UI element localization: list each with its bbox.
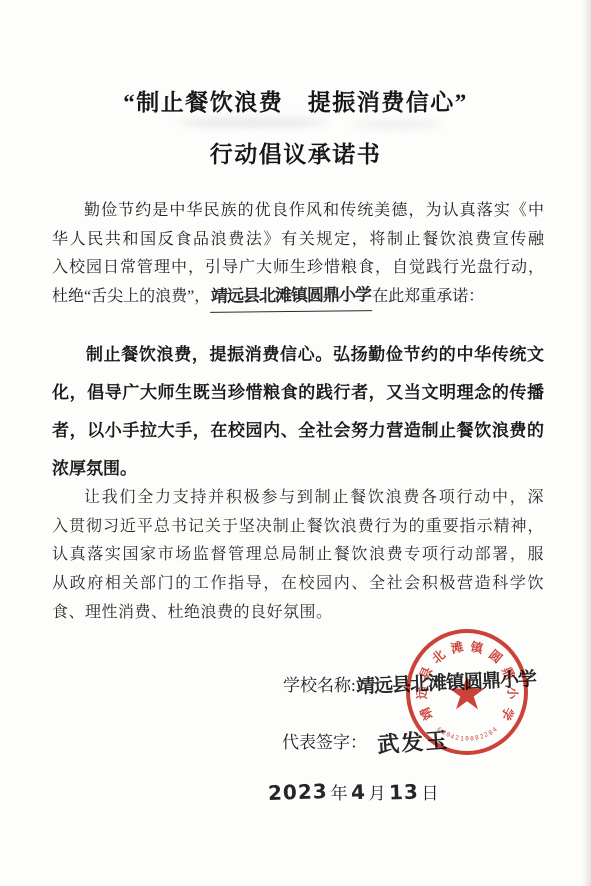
- paragraph-1-line-4: 杜绝“舌尖上的浪费”，靖远县北滩镇圆鼎小学在此郑重承诺：: [52, 283, 544, 312]
- paragraph-2-lines: 制止餐饮浪费，提振消费信心。弘扬勤俭节约的中华传统文化，倡导广大师生既当珍惜粮食…: [52, 336, 544, 488]
- scan-smudge: [352, 120, 442, 129]
- paragraph-1: 勤俭节约是中华民族的优良作风和传统美德，为认真落实《中华人民共和国反食品浪费法》…: [52, 197, 544, 311]
- text-line: 认真落实国家市场监督管理总局制止餐饮浪费专项行动部署，服: [52, 541, 544, 570]
- date-month-unit: 月: [369, 784, 386, 803]
- seal-star-icon: ★: [446, 670, 487, 716]
- text-line: 入贯彻习近平总书记关于坚决制止餐饮浪费行为的重要指示精神，: [52, 513, 544, 542]
- text-line: 让我们全力支持并积极参与到制止餐饮浪费各项行动中，深: [52, 484, 544, 513]
- date-month-handwritten: 4: [350, 780, 366, 805]
- text-line: 华人民共和国反食品浪费法》有关规定，将制止餐饮浪费宣传融: [52, 226, 544, 255]
- date-line: 2023年4月13日: [268, 779, 441, 804]
- document-page: “制止餐饮浪费 提振消费信心” 行动倡议承诺书 勤俭节约是中华民族的优良作风和传…: [0, 0, 591, 886]
- date-day-handwritten: 13: [388, 779, 419, 804]
- scan-smudge: [178, 117, 328, 128]
- date-year-handwritten: 2023: [268, 779, 328, 805]
- paragraph-1-lines: 勤俭节约是中华民族的优良作风和传统美德，为认真落实《中华人民共和国反食品浪费法》…: [52, 197, 544, 283]
- line4-printed-pre: 杜绝“舌尖上的浪费”，: [52, 283, 210, 312]
- seal-number-digit: 1: [460, 735, 464, 742]
- school-name-handwritten-inline: 靖远县北滩镇圆鼎小学: [210, 281, 372, 312]
- paragraph-2: 制止餐饮浪费，提振消费信心。弘扬勤俭节约的中华传统文化，倡导广大师生既当珍惜粮食…: [52, 336, 544, 488]
- seal-number-digit: 0: [465, 736, 469, 743]
- text-line: 制止餐饮浪费，提振消费信心。弘扬勤俭节约的中华传统文: [52, 336, 544, 374]
- document-title-line-2: 行动倡议承诺书: [0, 136, 591, 169]
- seal-number-digit: 0: [470, 735, 474, 742]
- seal-arc-char: 远: [412, 687, 430, 700]
- seal-arc-char: 小: [504, 687, 522, 700]
- text-line: 化，倡导广大师生既当珍惜粮食的践行者，又当文明理念的传播: [52, 374, 544, 412]
- paragraph-3: 让我们全力支持并积极参与到制止餐饮浪费各项行动中，深入贯彻习近平总书记关于坚决制…: [52, 484, 544, 627]
- text-line: 入校园日常管理中，引导广大师生珍惜粮食，自觉践行光盘行动，: [52, 254, 544, 283]
- document-title-line-1: “制止餐饮浪费 提振消费信心”: [0, 84, 591, 117]
- paragraph-3-lines: 让我们全力支持并积极参与到制止餐饮浪费各项行动中，深入贯彻习近平总书记关于坚决制…: [52, 484, 544, 627]
- date-year-unit: 年: [331, 784, 348, 803]
- scan-edge-shadow: [582, 0, 591, 886]
- text-line: 者，以小手拉大手，在校园内、全社会努力营造制止餐饮浪费的: [52, 412, 544, 450]
- text-line: 浓厚氛围。: [52, 450, 544, 488]
- date-day-unit: 日: [421, 784, 438, 803]
- signature-label: 代表签字：: [282, 733, 367, 752]
- text-line: 食、理性消费、杜绝浪费的良好氛围。: [52, 599, 544, 628]
- line4-printed-post: 在此郑重承诺：: [372, 283, 484, 312]
- official-seal: ★ 靖远县北滩镇圆鼎小学 6204210082284: [406, 629, 528, 755]
- text-line: 从政府相关部门的工作指导，在校园内、全社会积极营造科学饮: [52, 570, 544, 599]
- school-name-label: 学校名称:: [283, 676, 356, 695]
- seal-number-digit: 8: [474, 734, 479, 742]
- text-line: 勤俭节约是中华民族的优良作风和传统美德，为认真落实《中: [52, 197, 544, 226]
